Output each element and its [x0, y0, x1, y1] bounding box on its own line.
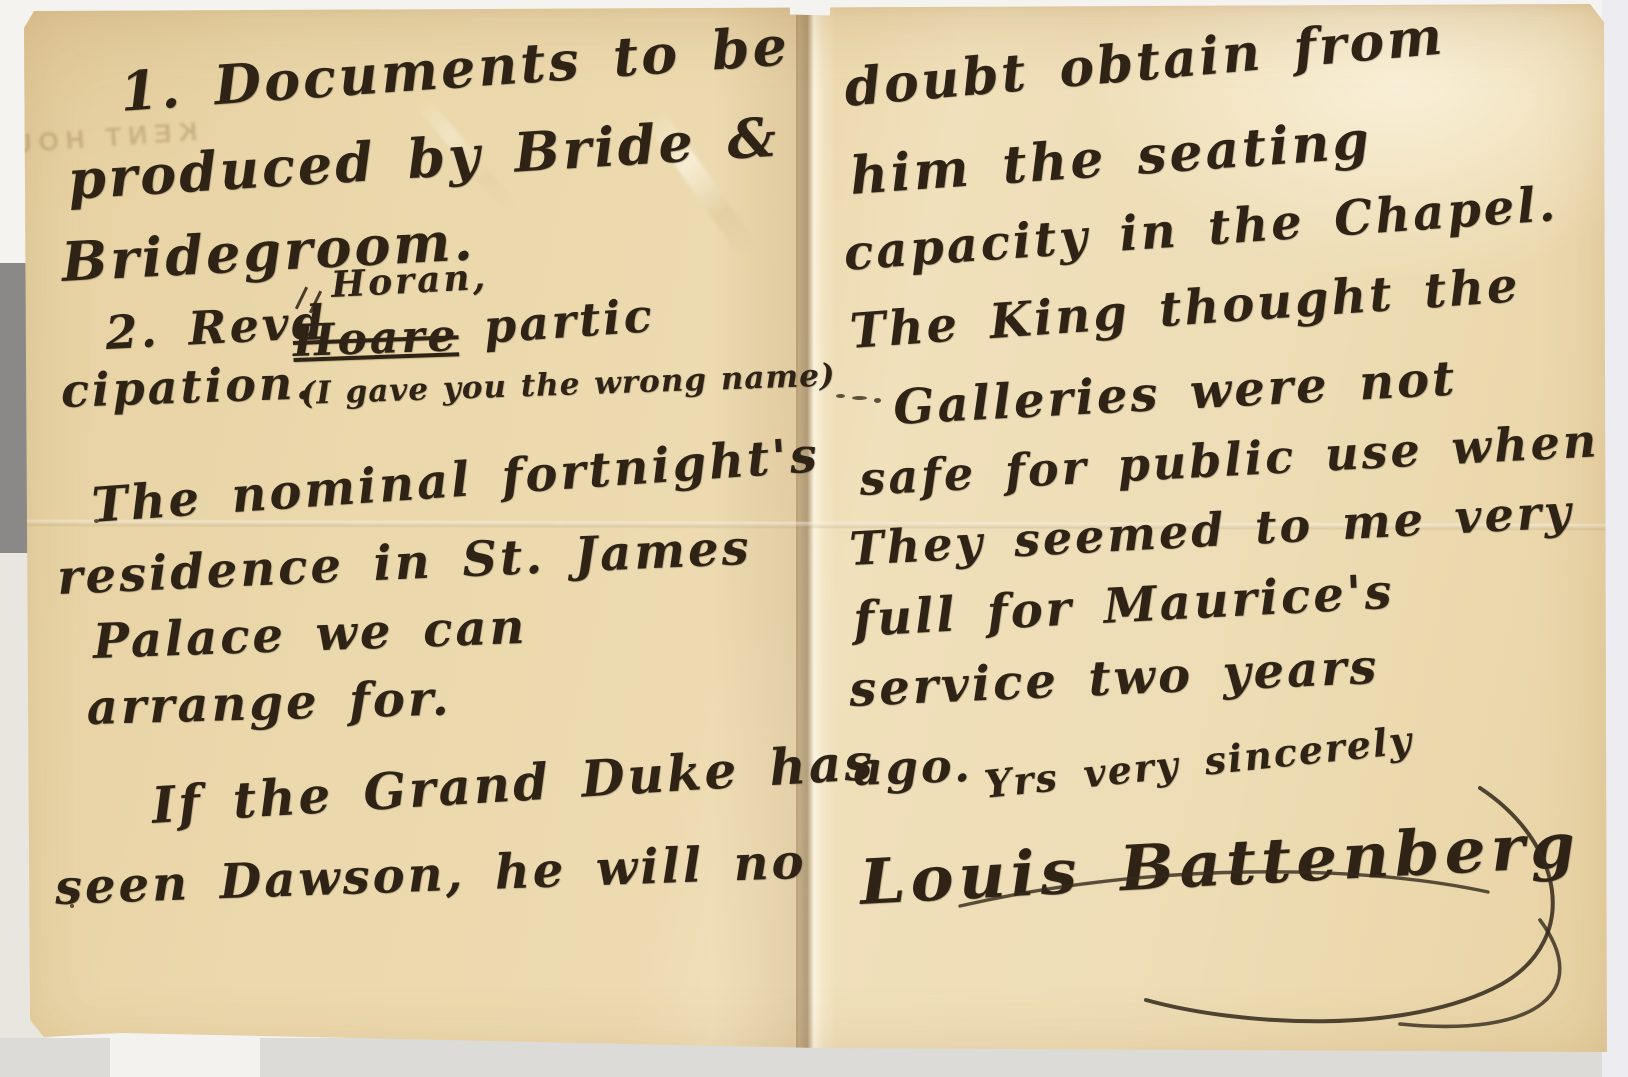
- handwritten-line: cipation.: [60, 355, 315, 418]
- handwritten-line: doubt obtain from: [842, 6, 1447, 119]
- ink-speck: [874, 398, 881, 403]
- ink-speck: [836, 394, 845, 398]
- inserted-correction: Horan,: [330, 256, 489, 306]
- ink-speck: [852, 396, 867, 400]
- handwritten-line: arrange for.: [86, 670, 452, 736]
- handwritten-line: Galleries were not: [892, 350, 1459, 435]
- handwritten-line: residence in St. James: [56, 520, 753, 606]
- handwritten-line: 1. Documents to be: [118, 13, 792, 124]
- letter-closing: Yrs very sincerely: [982, 717, 1415, 807]
- scanned-letter-spread: KENT HOUSE 1. Documents to be produced b…: [0, 0, 1628, 1077]
- letter-paper: KENT HOUSE 1. Documents to be produced b…: [0, 0, 1628, 1077]
- handwritten-line: seen Dawson, he will no: [54, 834, 807, 916]
- handwritten-line: Palace we can: [92, 599, 528, 670]
- handwritten-line: full for Maurice's: [852, 564, 1396, 648]
- handwritten-line: partic: [482, 288, 656, 354]
- signature: Louis Battenberg: [858, 808, 1582, 919]
- center-fold-crease: [796, 0, 836, 1077]
- handwritten-line: ago.: [852, 738, 974, 796]
- fold-top-notch: [790, 1, 830, 15]
- handwritten-line: him the seating: [848, 110, 1374, 207]
- handwritten-line: service two years: [848, 639, 1380, 718]
- struck-through-word: Hoare: [292, 310, 459, 367]
